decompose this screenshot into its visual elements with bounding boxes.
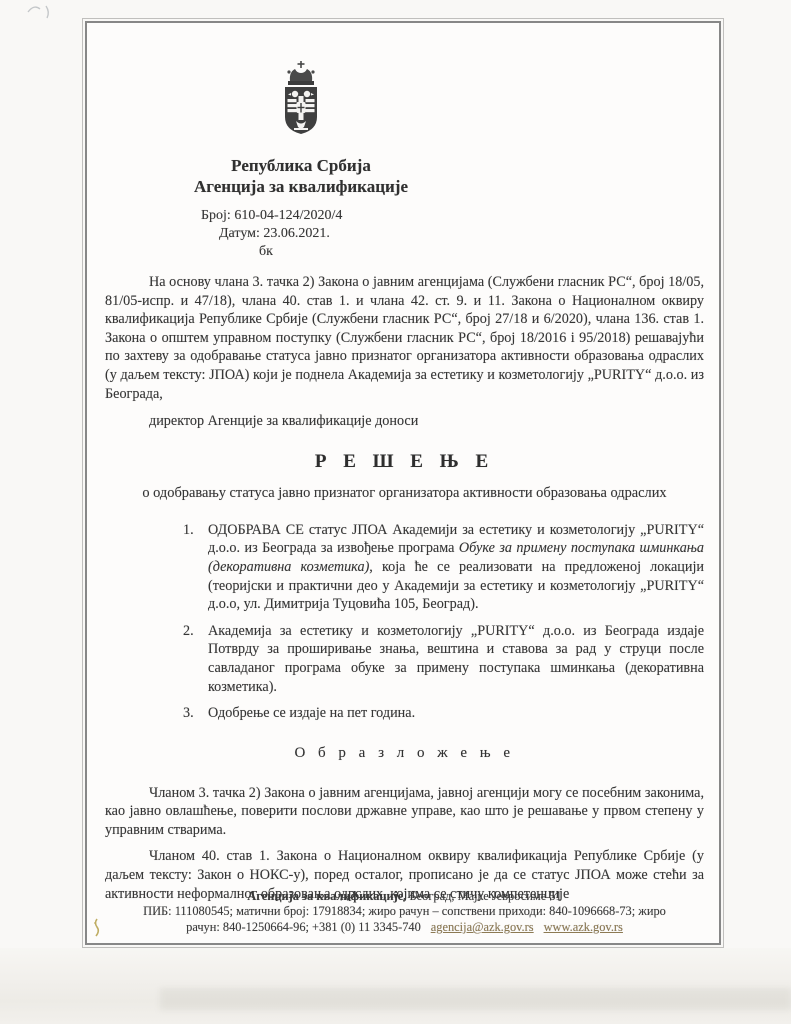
legal-basis-paragraph: На основу члана 3. тачка 2) Закона о јав… xyxy=(105,273,704,403)
document-number: Број: 610-04-124/2020/4 xyxy=(201,207,704,225)
decision-title: Р Е Ш Е Њ Е xyxy=(105,451,704,473)
decision-item-1: 1. ОДОБРАВА СЕ статус ЈПОА Академији за … xyxy=(208,521,704,614)
ink-mark-artifact xyxy=(91,917,103,939)
decision-subtitle: о одобравању статуса јавно признатог орг… xyxy=(127,483,683,503)
decision-items: 1. ОДОБРАВА СЕ статус ЈПОА Академији за … xyxy=(105,521,704,723)
director-line: директор Агенције за квалификације донос… xyxy=(105,412,704,431)
item-text: Одобрење се издаје на пет година. xyxy=(208,705,415,721)
scan-bottom-shading xyxy=(0,948,791,1024)
pencil-mark-artifact xyxy=(26,2,66,24)
website-link[interactable]: www.azk.gov.rs xyxy=(544,920,623,934)
footer-contact-line: рачун: 840-1250664-96; +381 (0) 11 3345-… xyxy=(105,920,704,936)
country-name: Република Србија xyxy=(105,155,497,176)
serbia-coat-of-arms-icon xyxy=(272,59,330,147)
scanned-document: Република Србија Агенција за квалификаци… xyxy=(0,0,791,1024)
rationale-heading: О б р а з л о ж е њ е xyxy=(105,745,704,762)
footer-ids-line: ПИБ: 111080545; матични број: 17918834; … xyxy=(105,904,704,920)
reference-block: Број: 610-04-124/2020/4 Датум: 23.06.202… xyxy=(201,207,704,261)
item-number: 2. xyxy=(183,622,194,641)
agency-name: Агенција за квалификације xyxy=(105,176,497,197)
footer-org-address: Београд, Мајке Јевросиме 51 xyxy=(406,889,561,903)
item-number: 1. xyxy=(183,521,194,540)
scan-bottom-band xyxy=(160,988,791,1010)
decision-item-2: 2. Академија за естетику и козметологију… xyxy=(208,622,704,696)
document-date: Датум: 23.06.2021. xyxy=(219,225,704,243)
rationale-paragraph-1: Чланом 3. тачка 2) Закона о јавним агенц… xyxy=(105,784,704,840)
footer-org-name: Агенција за квалификације, xyxy=(247,889,406,903)
item-number: 3. xyxy=(183,704,194,723)
decision-item-3: 3. Одобрење се издаје на пет година. xyxy=(208,704,704,723)
footer-address-line: Агенција за квалификације, Београд, Мајк… xyxy=(105,889,704,905)
page-border-frame: Република Србија Агенција за квалификаци… xyxy=(85,21,721,945)
email-link[interactable]: agencija@azk.gov.rs xyxy=(431,920,534,934)
footer-account-phone: рачун: 840-1250664-96; +381 (0) 11 3345-… xyxy=(186,920,421,934)
clerk-initials: бк xyxy=(259,243,704,261)
item-text: Академија за естетику и козметологију „P… xyxy=(208,623,704,695)
letterhead-footer: Агенција за квалификације, Београд, Мајк… xyxy=(105,889,704,936)
document-header: Република Србија Агенција за квалификаци… xyxy=(105,59,497,197)
